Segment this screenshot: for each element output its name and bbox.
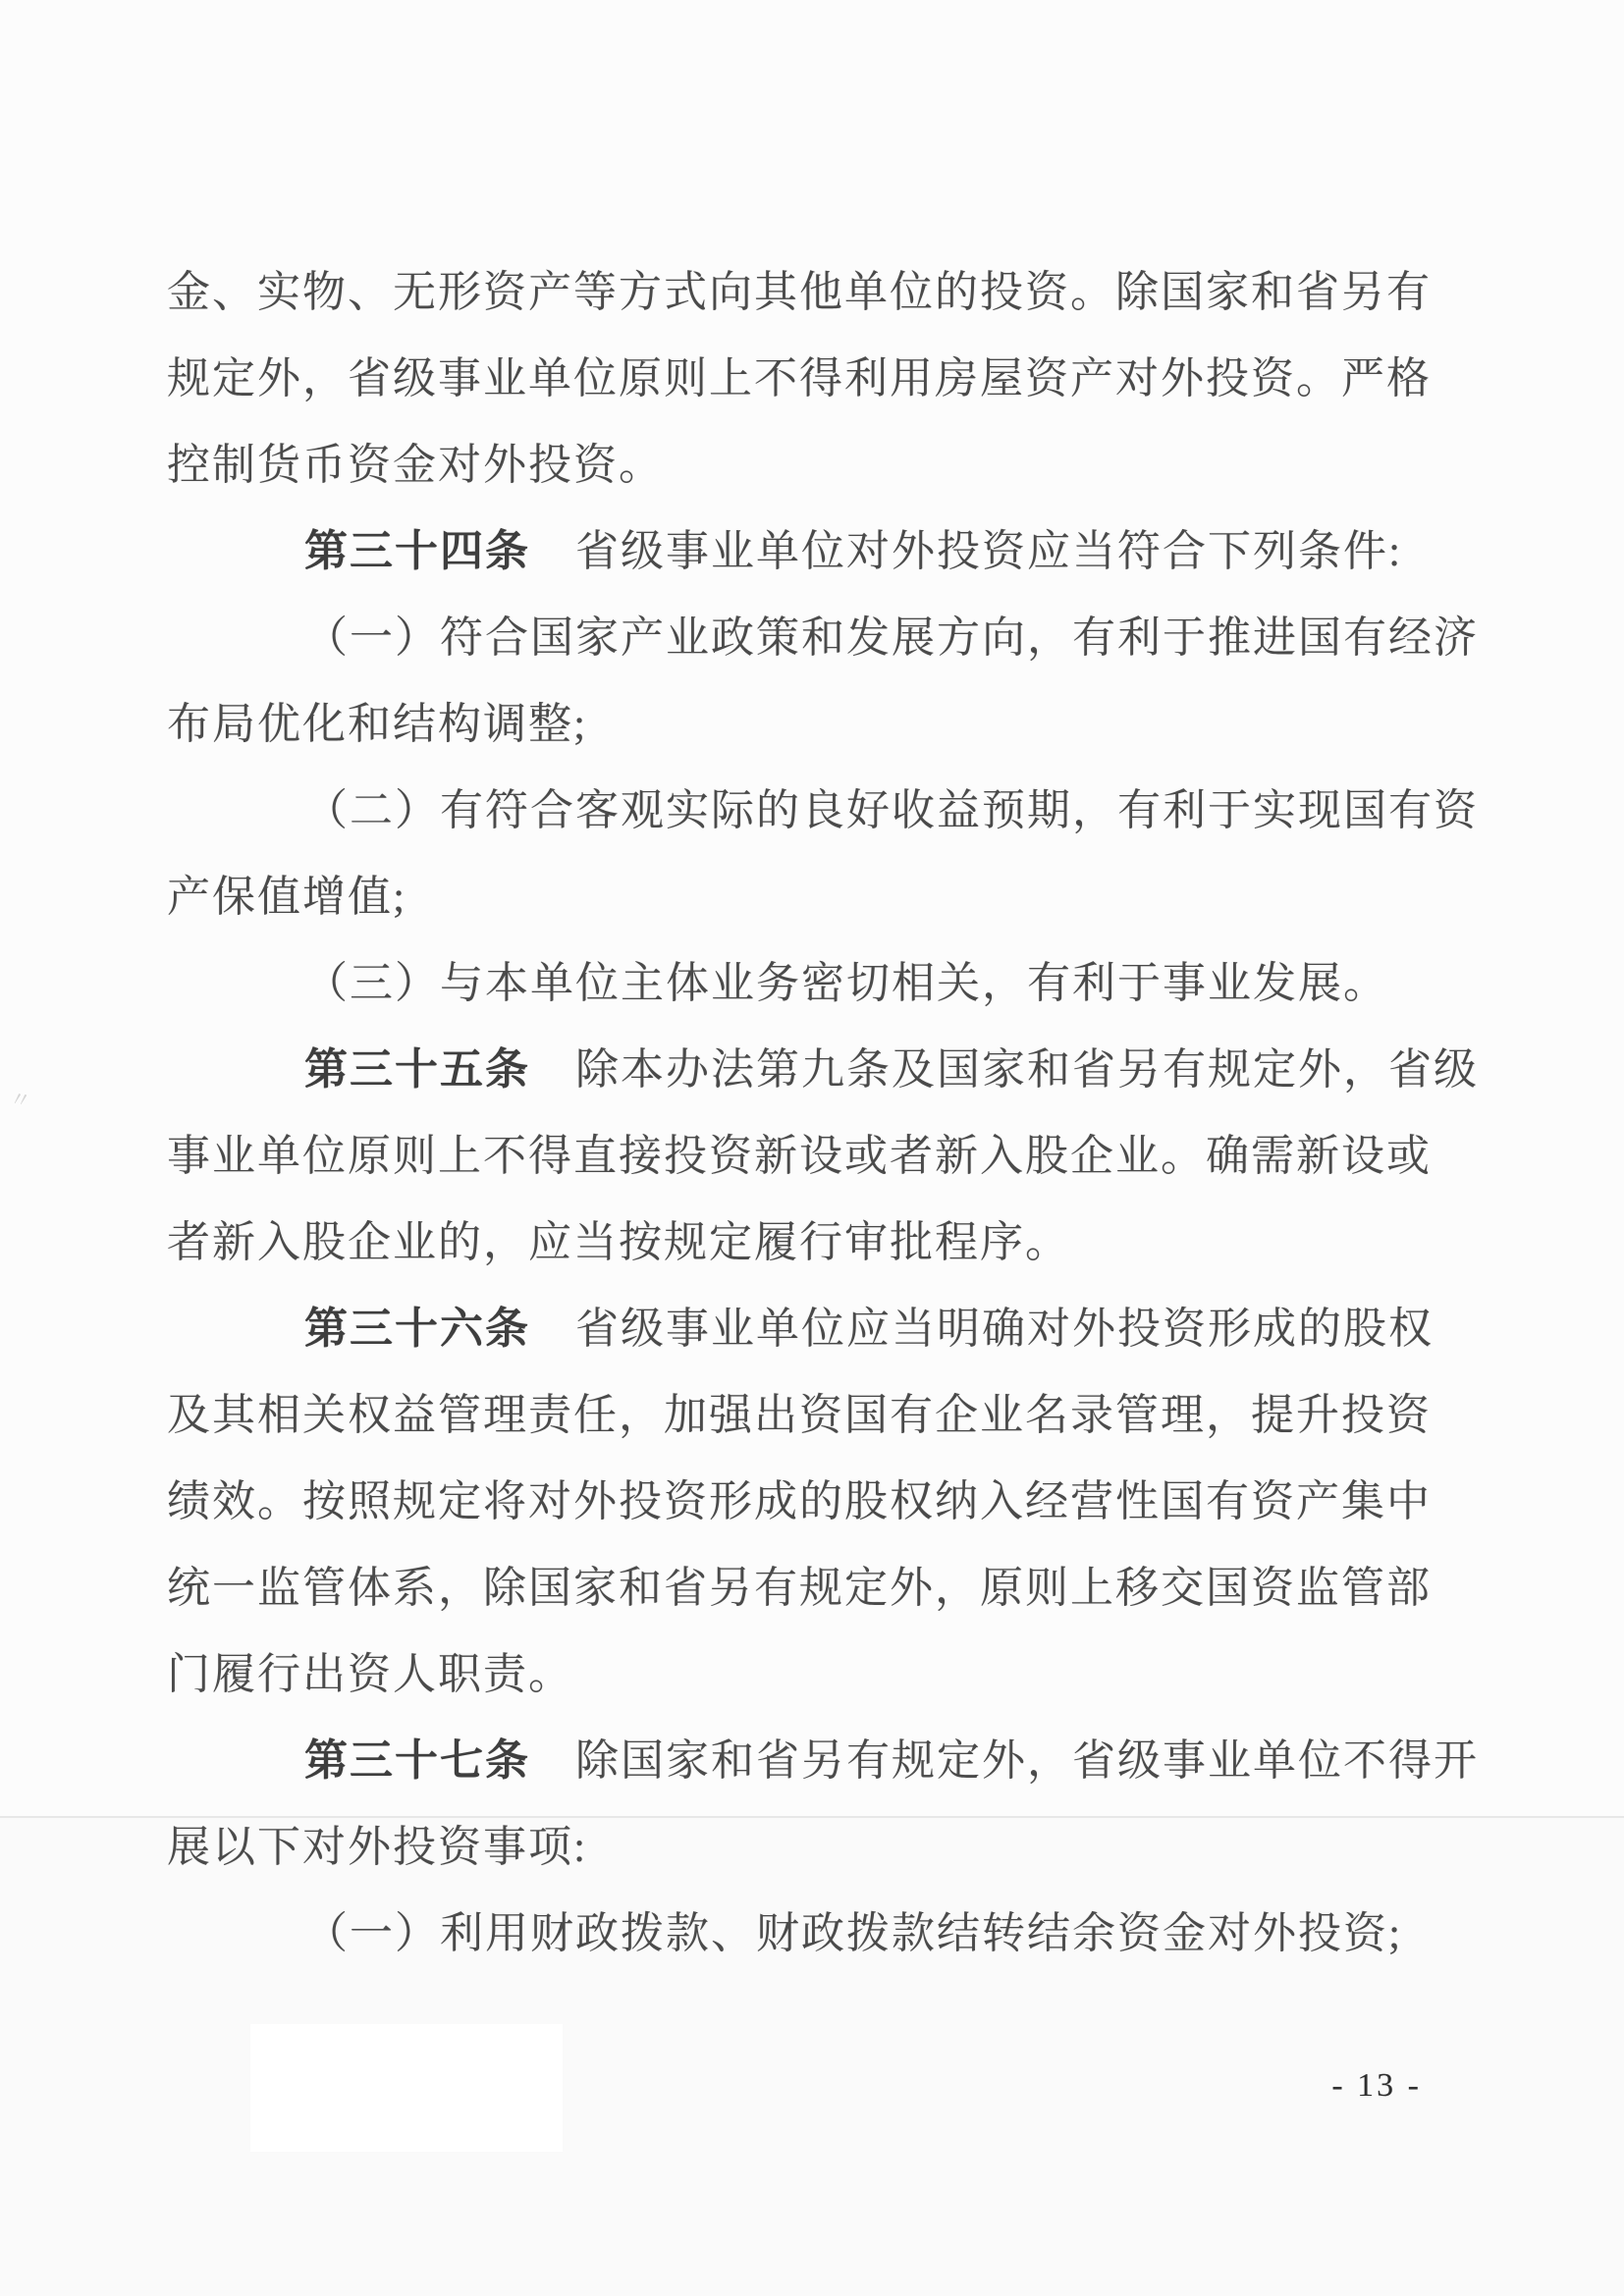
document-line: 第三十五条 除本办法第九条及国家和省另有规定外，省级 — [167, 1027, 1443, 1113]
document-line: 统一监管体系，除国家和省另有规定外，原则上移交国资监管部 — [167, 1545, 1443, 1631]
document-line: 事业单位原则上不得直接投资新设或者新入股企业。确需新设或 — [167, 1113, 1443, 1200]
document-line: 展以下对外投资事项: — [167, 1804, 1443, 1891]
scanned-document-page: 〃 金、实物、无形资产等方式向其他单位的投资。除国家和省另有规定外，省级事业单位… — [0, 0, 1624, 2296]
line-text: 展以下对外投资事项: — [167, 1823, 587, 1871]
document-line: 门履行出资人职责。 — [167, 1631, 1443, 1718]
document-line: 布局优化和结构调整; — [167, 681, 1443, 768]
document-line: 者新入股企业的，应当按规定履行审批程序。 — [167, 1200, 1443, 1286]
line-text: （一）符合国家产业政策和发展方向，有利于推进国有经济 — [304, 614, 1479, 662]
line-text: 者新入股企业的，应当按规定履行审批程序。 — [167, 1218, 1070, 1266]
line-text: 除国家和省另有规定外，省级事业单位不得开 — [530, 1736, 1479, 1785]
line-text: 省级事业单位对外投资应当符合下列条件: — [530, 527, 1402, 575]
line-text: 绩效。按照规定将对外投资形成的股权纳入经营性国有资产集中 — [167, 1477, 1432, 1525]
line-text: （二）有符合客观实际的良好收益预期，有利于实现国有资 — [304, 786, 1479, 834]
line-text: 事业单位原则上不得直接投资新设或者新入股企业。确需新设或 — [167, 1132, 1432, 1180]
document-line: 金、实物、无形资产等方式向其他单位的投资。除国家和省另有 — [167, 249, 1443, 336]
line-text: 除本办法第九条及国家和省另有规定外，省级 — [530, 1045, 1479, 1094]
article-number: 第三十五条 — [304, 1045, 530, 1094]
document-line: 第三十四条 省级事业单位对外投资应当符合下列条件: — [167, 508, 1443, 595]
document-line: （二）有符合客观实际的良好收益预期，有利于实现国有资 — [167, 768, 1443, 854]
document-line: 第三十七条 除国家和省另有规定外，省级事业单位不得开 — [167, 1718, 1443, 1804]
scan-smudge-artifact: 〃 — [8, 1083, 33, 1116]
line-text: 控制货币资金对外投资。 — [167, 441, 664, 489]
document-line: 产保值增值; — [167, 854, 1443, 940]
line-text: （一）利用财政拨款、财政拨款结转结余资金对外投资; — [304, 1909, 1402, 1957]
document-line: 控制货币资金对外投资。 — [167, 422, 1443, 508]
line-text: 布局优化和结构调整; — [167, 700, 587, 748]
article-number: 第三十四条 — [304, 527, 530, 575]
document-line: 及其相关权益管理责任，加强出资国有企业名录管理，提升投资 — [167, 1372, 1443, 1459]
document-line: （一）符合国家产业政策和发展方向，有利于推进国有经济 — [167, 595, 1443, 681]
line-text: 产保值增值; — [167, 873, 406, 921]
text-block: 金、实物、无形资产等方式向其他单位的投资。除国家和省另有规定外，省级事业单位原则… — [167, 249, 1443, 1977]
line-text: 门履行出资人职责。 — [167, 1650, 573, 1698]
line-text: 及其相关权益管理责任，加强出资国有企业名录管理，提升投资 — [167, 1391, 1432, 1439]
document-line: 规定外，省级事业单位原则上不得利用房屋资产对外投资。严格 — [167, 336, 1443, 422]
document-line: （一）利用财政拨款、财政拨款结转结余资金对外投资; — [167, 1891, 1443, 1977]
article-number: 第三十六条 — [304, 1305, 530, 1353]
document-line: 绩效。按照规定将对外投资形成的股权纳入经营性国有资产集中 — [167, 1459, 1443, 1545]
page-number: - 13 - — [1331, 2067, 1422, 2105]
document-line: 第三十六条 省级事业单位应当明确对外投资形成的股权 — [167, 1286, 1443, 1372]
article-number: 第三十七条 — [304, 1736, 530, 1785]
line-text: （三）与本单位主体业务密切相关，有利于事业发展。 — [304, 959, 1388, 1007]
line-text: 金、实物、无形资产等方式向其他单位的投资。除国家和省另有 — [167, 268, 1432, 316]
line-text: 规定外，省级事业单位原则上不得利用房屋资产对外投资。严格 — [167, 354, 1432, 402]
document-line: （三）与本单位主体业务密切相关，有利于事业发展。 — [167, 940, 1443, 1027]
line-text: 省级事业单位应当明确对外投资形成的股权 — [530, 1305, 1434, 1353]
scan-white-patch-artifact — [250, 2024, 563, 2152]
line-text: 统一监管体系，除国家和省另有规定外，原则上移交国资监管部 — [167, 1564, 1432, 1612]
